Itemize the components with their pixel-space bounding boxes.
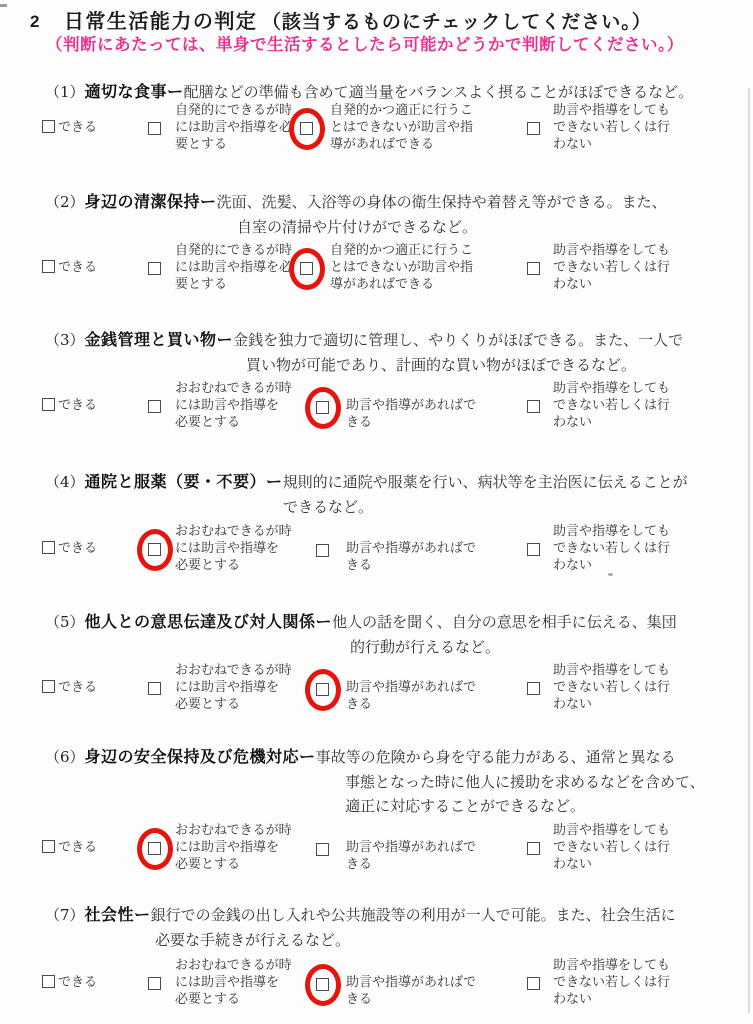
- item-description-cont: 適正に対応することができるなど。: [0, 794, 753, 818]
- option-label: おおむねできるが時 には助言や指導を 必要とする: [175, 957, 292, 1008]
- item-7-sociality: （7）社会性ー銀行での金銭の出し入れや公共施設等の利用が一人で可能。また、社会生…: [0, 903, 753, 952]
- option-col1: できる: [42, 540, 97, 557]
- option-label-line: きる: [346, 557, 476, 574]
- option-label-line: きる: [346, 991, 476, 1008]
- checkbox-item2-col2[interactable]: [148, 262, 161, 275]
- option-label-line: には助言や指導を: [175, 540, 292, 557]
- form-page: 2 日常生活能力の判定 （該当するものにチェックしてください。） （判断にあたっ…: [0, 0, 753, 1024]
- section-title: 日常生活能力の判定: [64, 11, 258, 33]
- checkbox-item6-col4[interactable]: [527, 842, 540, 855]
- option-label-line: きる: [346, 856, 476, 873]
- item-heading: （4）通院と服薬（要・不要）ー規則的に通院や服薬を行い、病状等を主治医に伝えるこ…: [0, 470, 753, 495]
- item-title: 身辺の清潔保持ー: [85, 194, 217, 211]
- item-description-cont: 買い物が可能であり、計画的な買い物がほぼできるなど。: [0, 353, 753, 377]
- checkbox-item7-col1[interactable]: [42, 975, 55, 988]
- checkbox-item2-col3[interactable]: [300, 262, 313, 275]
- checkbox-item3-col3[interactable]: [316, 401, 329, 414]
- red-circle-annotation: [305, 669, 341, 711]
- option-label-line: 助言や指導があればで: [346, 839, 476, 856]
- option-label-line: 必要とする: [175, 414, 292, 431]
- option-label: 助言や指導があればで きる: [346, 974, 476, 1008]
- option-label: できる: [58, 840, 97, 855]
- option-label-line: 助言や指導をしても: [553, 662, 670, 679]
- option-label-line: 助言や指導があればで: [346, 679, 476, 696]
- checkbox-item7-col4[interactable]: [527, 977, 540, 990]
- option-label-line: 必要とする: [175, 557, 292, 574]
- checkbox-item6-col2[interactable]: [148, 842, 161, 855]
- option-label-line: 助言や指導があればで: [346, 974, 476, 991]
- section-title-instruction: （該当するものにチェックしてください。）: [262, 12, 652, 33]
- item-number: （2）: [45, 193, 85, 211]
- option-label-line: 助言や指導をしても: [553, 957, 670, 974]
- option-label-line: 自発的にできるが時: [175, 242, 292, 259]
- item-title: 社会性ー: [85, 907, 151, 924]
- item-description: 配膳などの準備も含めて適当量をバランスよく摂ることがほぼできるなど。: [184, 83, 694, 101]
- option-label: 助言や指導があればで きる: [346, 540, 476, 574]
- option-label: おおむねできるが時 には助言や指導を 必要とする: [175, 380, 292, 431]
- option-label-line: きる: [346, 696, 476, 713]
- option-label-line: 助言や指導をしても: [553, 822, 670, 839]
- option-label-line: きる: [346, 414, 476, 431]
- checkbox-item4-col4[interactable]: [527, 543, 540, 556]
- option-label-line: わない: [553, 557, 670, 574]
- option-label: 自発的かつ適正に行うこ とはできないが助言や指 導があればできる: [330, 102, 473, 153]
- option-label-line: できない若しくは行: [553, 974, 670, 991]
- red-circle-annotation: [137, 529, 173, 571]
- option-label-line: には助言や指導を: [175, 974, 292, 991]
- checkbox-item3-col1[interactable]: [42, 398, 55, 411]
- item-number: （4）: [45, 473, 85, 491]
- option-label-line: おおむねできるが時: [175, 822, 292, 839]
- option-label: 自発的にできるが時 には助言や指導を必 要とする: [175, 102, 292, 153]
- option-label-line: 要とする: [175, 136, 292, 153]
- checkbox-item5-col2[interactable]: [148, 682, 161, 695]
- option-col1: できる: [42, 259, 97, 276]
- option-label: おおむねできるが時 には助言や指導を 必要とする: [175, 822, 292, 873]
- option-label-line: 必要とする: [175, 856, 292, 873]
- item-heading: （6）身辺の安全保持及び危機対応ー事故等の危険から身を守る能力がある、通常と異な…: [0, 745, 753, 770]
- item-description: 他人の話を聞く、自分の意思を相手に伝える、集団: [332, 613, 677, 631]
- option-label: おおむねできるが時 には助言や指導を 必要とする: [175, 523, 292, 574]
- option-label-line: 自発的にできるが時: [175, 102, 292, 119]
- checkbox-item1-col2[interactable]: [148, 122, 161, 135]
- option-label-line: には助言や指導を必: [175, 119, 292, 136]
- red-circle-annotation: [305, 387, 341, 429]
- item-description-cont: 事態となった時に他人に援助を求めるなどを含めて、: [0, 770, 753, 794]
- option-label: できる: [58, 120, 97, 135]
- item-3-options: できる おおむねできるが時 には助言や指導を 必要とする 助言や指導があればで …: [0, 380, 753, 432]
- option-label-line: 助言や指導をしても: [553, 523, 670, 540]
- option-label: 助言や指導をしても できない若しくは行 わない: [553, 523, 670, 574]
- option-label-line: わない: [553, 696, 670, 713]
- item-5-options: できる おおむねできるが時 には助言や指導を 必要とする 助言や指導があればで …: [0, 662, 753, 714]
- item-number: （1）: [45, 83, 85, 101]
- option-col1: できる: [42, 839, 97, 856]
- red-circle-annotation: [289, 108, 325, 150]
- item-title: 金銭管理と買い物ー: [85, 332, 234, 349]
- item-1-options: できる 自発的にできるが時 には助言や指導を必 要とする 自発的かつ適正に行うこ…: [0, 102, 753, 154]
- option-label-line: には助言や指導を: [175, 397, 292, 414]
- checkbox-item2-col1[interactable]: [42, 260, 55, 273]
- option-label: 助言や指導があればで きる: [346, 397, 476, 431]
- checkbox-item4-col1[interactable]: [42, 541, 55, 554]
- checkbox-item1-col1[interactable]: [42, 120, 55, 133]
- item-number: （7）: [45, 906, 85, 924]
- item-number: （3）: [45, 331, 85, 349]
- option-label: 助言や指導をしても できない若しくは行 わない: [553, 102, 670, 153]
- option-label-line: には助言や指導を必: [175, 259, 292, 276]
- red-circle-annotation: [137, 828, 173, 870]
- item-description: 銀行での金銭の出し入れや公共施設等の利用が一人で可能。また、社会生活に: [151, 906, 676, 924]
- item-7-options: できる おおむねできるが時 には助言や指導を 必要とする 助言や指導があればで …: [0, 957, 753, 1009]
- checkbox-item5-col4[interactable]: [527, 682, 540, 695]
- option-label-line: 導があればできる: [330, 136, 473, 153]
- item-3-money: （3）金銭管理と買い物ー金銭を独力で適切に管理し、やりくりがほぼできる。また、一…: [0, 328, 753, 377]
- checkbox-item4-col3[interactable]: [316, 544, 329, 557]
- item-heading: （7）社会性ー銀行での金銭の出し入れや公共施設等の利用が一人で可能。また、社会生…: [0, 903, 753, 928]
- item-description-cont: 的行動が行えるなど。: [0, 635, 753, 659]
- item-description: 洗面、洗髪、入浴等の身体の衛生保持や着替え等ができる。また、: [217, 193, 667, 211]
- option-label: できる: [58, 541, 97, 556]
- option-label-line: 必要とする: [175, 696, 292, 713]
- checkbox-item1-col4[interactable]: [527, 122, 540, 135]
- option-label-line: 自発的かつ適正に行うこ: [330, 102, 473, 119]
- item-description-cont: 必要な手続きが行えるなど。: [0, 928, 753, 952]
- checkbox-item6-col1[interactable]: [42, 840, 55, 853]
- judgment-note: （判断にあたっては、単身で生活するとしたら可能かどうかで判断してください。）: [46, 31, 684, 55]
- option-label: 自発的にできるが時 には助言や指導を必 要とする: [175, 242, 292, 293]
- option-label-line: わない: [553, 856, 670, 873]
- checkbox-item7-col3[interactable]: [316, 978, 329, 991]
- option-label-line: 導があればできる: [330, 276, 473, 293]
- item-description-cont: できるなど。: [0, 495, 753, 519]
- red-circle-annotation: [305, 964, 341, 1006]
- option-label: 助言や指導をしても できない若しくは行 わない: [553, 242, 670, 293]
- option-label-line: 必要とする: [175, 991, 292, 1008]
- item-heading: （2）身辺の清潔保持ー洗面、洗髪、入浴等の身体の衛生保持や着替え等ができる。また…: [0, 190, 753, 215]
- item-4-options: できる おおむねできるが時 には助言や指導を 必要とする 助言や指導があればで …: [0, 523, 753, 575]
- checkbox-item5-col3[interactable]: [316, 683, 329, 696]
- option-label-line: できない若しくは行: [553, 679, 670, 696]
- option-label-line: できない若しくは行: [553, 540, 670, 557]
- item-1-meal: （1）適切な食事ー配膳などの準備も含めて適当量をバランスよく摂ることがほぼできる…: [0, 80, 753, 105]
- option-label-line: できない若しくは行: [553, 839, 670, 856]
- option-label-line: できない若しくは行: [553, 119, 670, 136]
- scan-artifact: [0, 4, 7, 7]
- checkbox-item6-col3[interactable]: [316, 843, 329, 856]
- option-label: 助言や指導があればで きる: [346, 679, 476, 713]
- item-description: 規則的に通院や服薬を行い、病状等を主治医に伝えることが: [283, 473, 688, 491]
- item-6-options: できる おおむねできるが時 には助言や指導を 必要とする 助言や指導があればで …: [0, 822, 753, 874]
- option-label-line: おおむねできるが時: [175, 380, 292, 397]
- option-label: 助言や指導をしても できない若しくは行 わない: [553, 380, 670, 431]
- red-circle-annotation: [289, 248, 325, 290]
- item-title: 通院と服薬（要・不要）ー: [85, 474, 283, 491]
- option-label-line: とはできないが助言や指: [330, 259, 473, 276]
- checkbox-item2-col4[interactable]: [527, 262, 540, 275]
- item-heading: （3）金銭管理と買い物ー金銭を独力で適切に管理し、やりくりがほぼできる。また、一…: [0, 328, 753, 353]
- item-5-communication: （5）他人との意思伝達及び対人関係ー他人の話を聞く、自分の意思を相手に伝える、集…: [0, 610, 753, 659]
- option-label-line: 助言や指導をしても: [553, 242, 670, 259]
- section-number: 2: [30, 12, 39, 31]
- option-label-line: わない: [553, 276, 670, 293]
- option-label: 助言や指導があればで きる: [346, 839, 476, 873]
- option-label: 助言や指導をしても できない若しくは行 わない: [553, 957, 670, 1008]
- item-4-hospital: （4）通院と服薬（要・不要）ー規則的に通院や服薬を行い、病状等を主治医に伝えるこ…: [0, 470, 753, 519]
- option-col1: できる: [42, 119, 97, 136]
- option-label-line: できない若しくは行: [553, 397, 670, 414]
- option-col1: できる: [42, 397, 97, 414]
- option-label-line: 助言や指導があればで: [346, 397, 476, 414]
- item-number: （6）: [45, 748, 85, 766]
- option-label-line: おおむねできるが時: [175, 523, 292, 540]
- option-label: おおむねできるが時 には助言や指導を 必要とする: [175, 662, 292, 713]
- option-label: できる: [58, 975, 97, 990]
- option-label: できる: [58, 680, 97, 695]
- option-col1: できる: [42, 974, 97, 991]
- item-number: （5）: [45, 613, 85, 631]
- checkbox-item3-col4[interactable]: [527, 400, 540, 413]
- checkbox-item5-col1[interactable]: [42, 680, 55, 693]
- checkbox-item1-col3[interactable]: [300, 122, 313, 135]
- option-label-line: わない: [553, 414, 670, 431]
- option-col1: できる: [42, 679, 97, 696]
- item-6-safety: （6）身辺の安全保持及び危機対応ー事故等の危険から身を守る能力がある、通常と異な…: [0, 745, 753, 818]
- option-label: 助言や指導をしても できない若しくは行 わない: [553, 822, 670, 873]
- item-title: 身辺の安全保持及び危機対応ー: [85, 749, 316, 766]
- checkbox-item7-col2[interactable]: [148, 977, 161, 990]
- option-label-line: 助言や指導をしても: [553, 380, 670, 397]
- item-description: 金銭を独力で適切に管理し、やりくりがほぼできる。また、一人で: [233, 331, 683, 349]
- item-description: 事故等の危険から身を守る能力がある、通常と異なる: [316, 748, 676, 766]
- option-label-line: とはできないが助言や指: [330, 119, 473, 136]
- option-label: 自発的かつ適正に行うこ とはできないが助言や指 導があればできる: [330, 242, 473, 293]
- option-label-line: わない: [553, 991, 670, 1008]
- option-label-line: には助言や指導を: [175, 679, 292, 696]
- option-label-line: 助言や指導をしても: [553, 102, 670, 119]
- option-label-line: 要とする: [175, 276, 292, 293]
- option-label: できる: [58, 398, 97, 413]
- checkbox-item3-col2[interactable]: [148, 400, 161, 413]
- option-label: できる: [58, 260, 97, 275]
- item-title: 適切な食事ー: [85, 84, 184, 101]
- item-description-cont: 自室の清掃や片付けができるなど。: [0, 215, 753, 239]
- option-label-line: には助言や指導を: [175, 839, 292, 856]
- option-label-line: 助言や指導があればで: [346, 540, 476, 557]
- option-label-line: できない若しくは行: [553, 259, 670, 276]
- section-header: 2 日常生活能力の判定 （該当するものにチェックしてください。）: [30, 5, 652, 34]
- item-2-options: できる 自発的にできるが時 には助言や指導を必 要とする 自発的かつ適正に行うこ…: [0, 242, 753, 294]
- item-heading: （5）他人との意思伝達及び対人関係ー他人の話を聞く、自分の意思を相手に伝える、集…: [0, 610, 753, 635]
- option-label-line: おおむねできるが時: [175, 957, 292, 974]
- option-label-line: おおむねできるが時: [175, 662, 292, 679]
- option-label: 助言や指導をしても できない若しくは行 わない: [553, 662, 670, 713]
- item-title: 他人との意思伝達及び対人関係ー: [85, 614, 333, 631]
- option-label-line: わない: [553, 136, 670, 153]
- checkbox-item4-col2[interactable]: [148, 543, 161, 556]
- option-label-line: 自発的かつ適正に行うこ: [330, 242, 473, 259]
- item-2-hygiene: （2）身辺の清潔保持ー洗面、洗髪、入浴等の身体の衛生保持や着替え等ができる。また…: [0, 190, 753, 239]
